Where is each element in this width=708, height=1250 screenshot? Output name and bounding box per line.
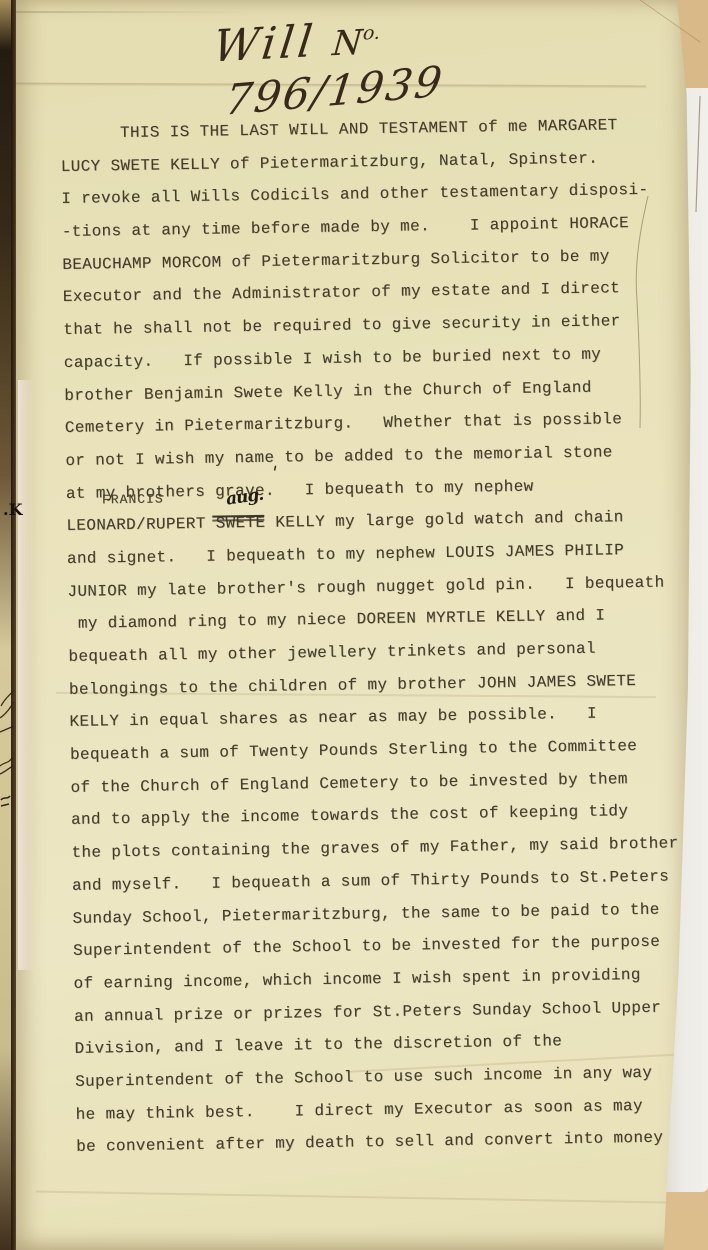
page-left-edge-highlight <box>18 380 34 970</box>
typed-will-text: FRANCIS aug. ' THIS IS THE LAST WILL AND… <box>60 108 691 1164</box>
header-no-abbrev: No. <box>330 22 380 65</box>
typed-insertion-francis: FRANCIS <box>102 491 164 507</box>
archive-photo-stage: WillNo.796/1939 FRANCIS aug. ' THIS IS T… <box>0 0 708 1250</box>
paper-crease <box>36 1191 666 1204</box>
will-document-page: WillNo.796/1939 FRANCIS aug. ' THIS IS T… <box>16 0 692 1250</box>
margin-k-annotation: .K <box>3 500 22 519</box>
paper-crease <box>16 11 246 13</box>
header-will-word: Will <box>210 16 319 73</box>
